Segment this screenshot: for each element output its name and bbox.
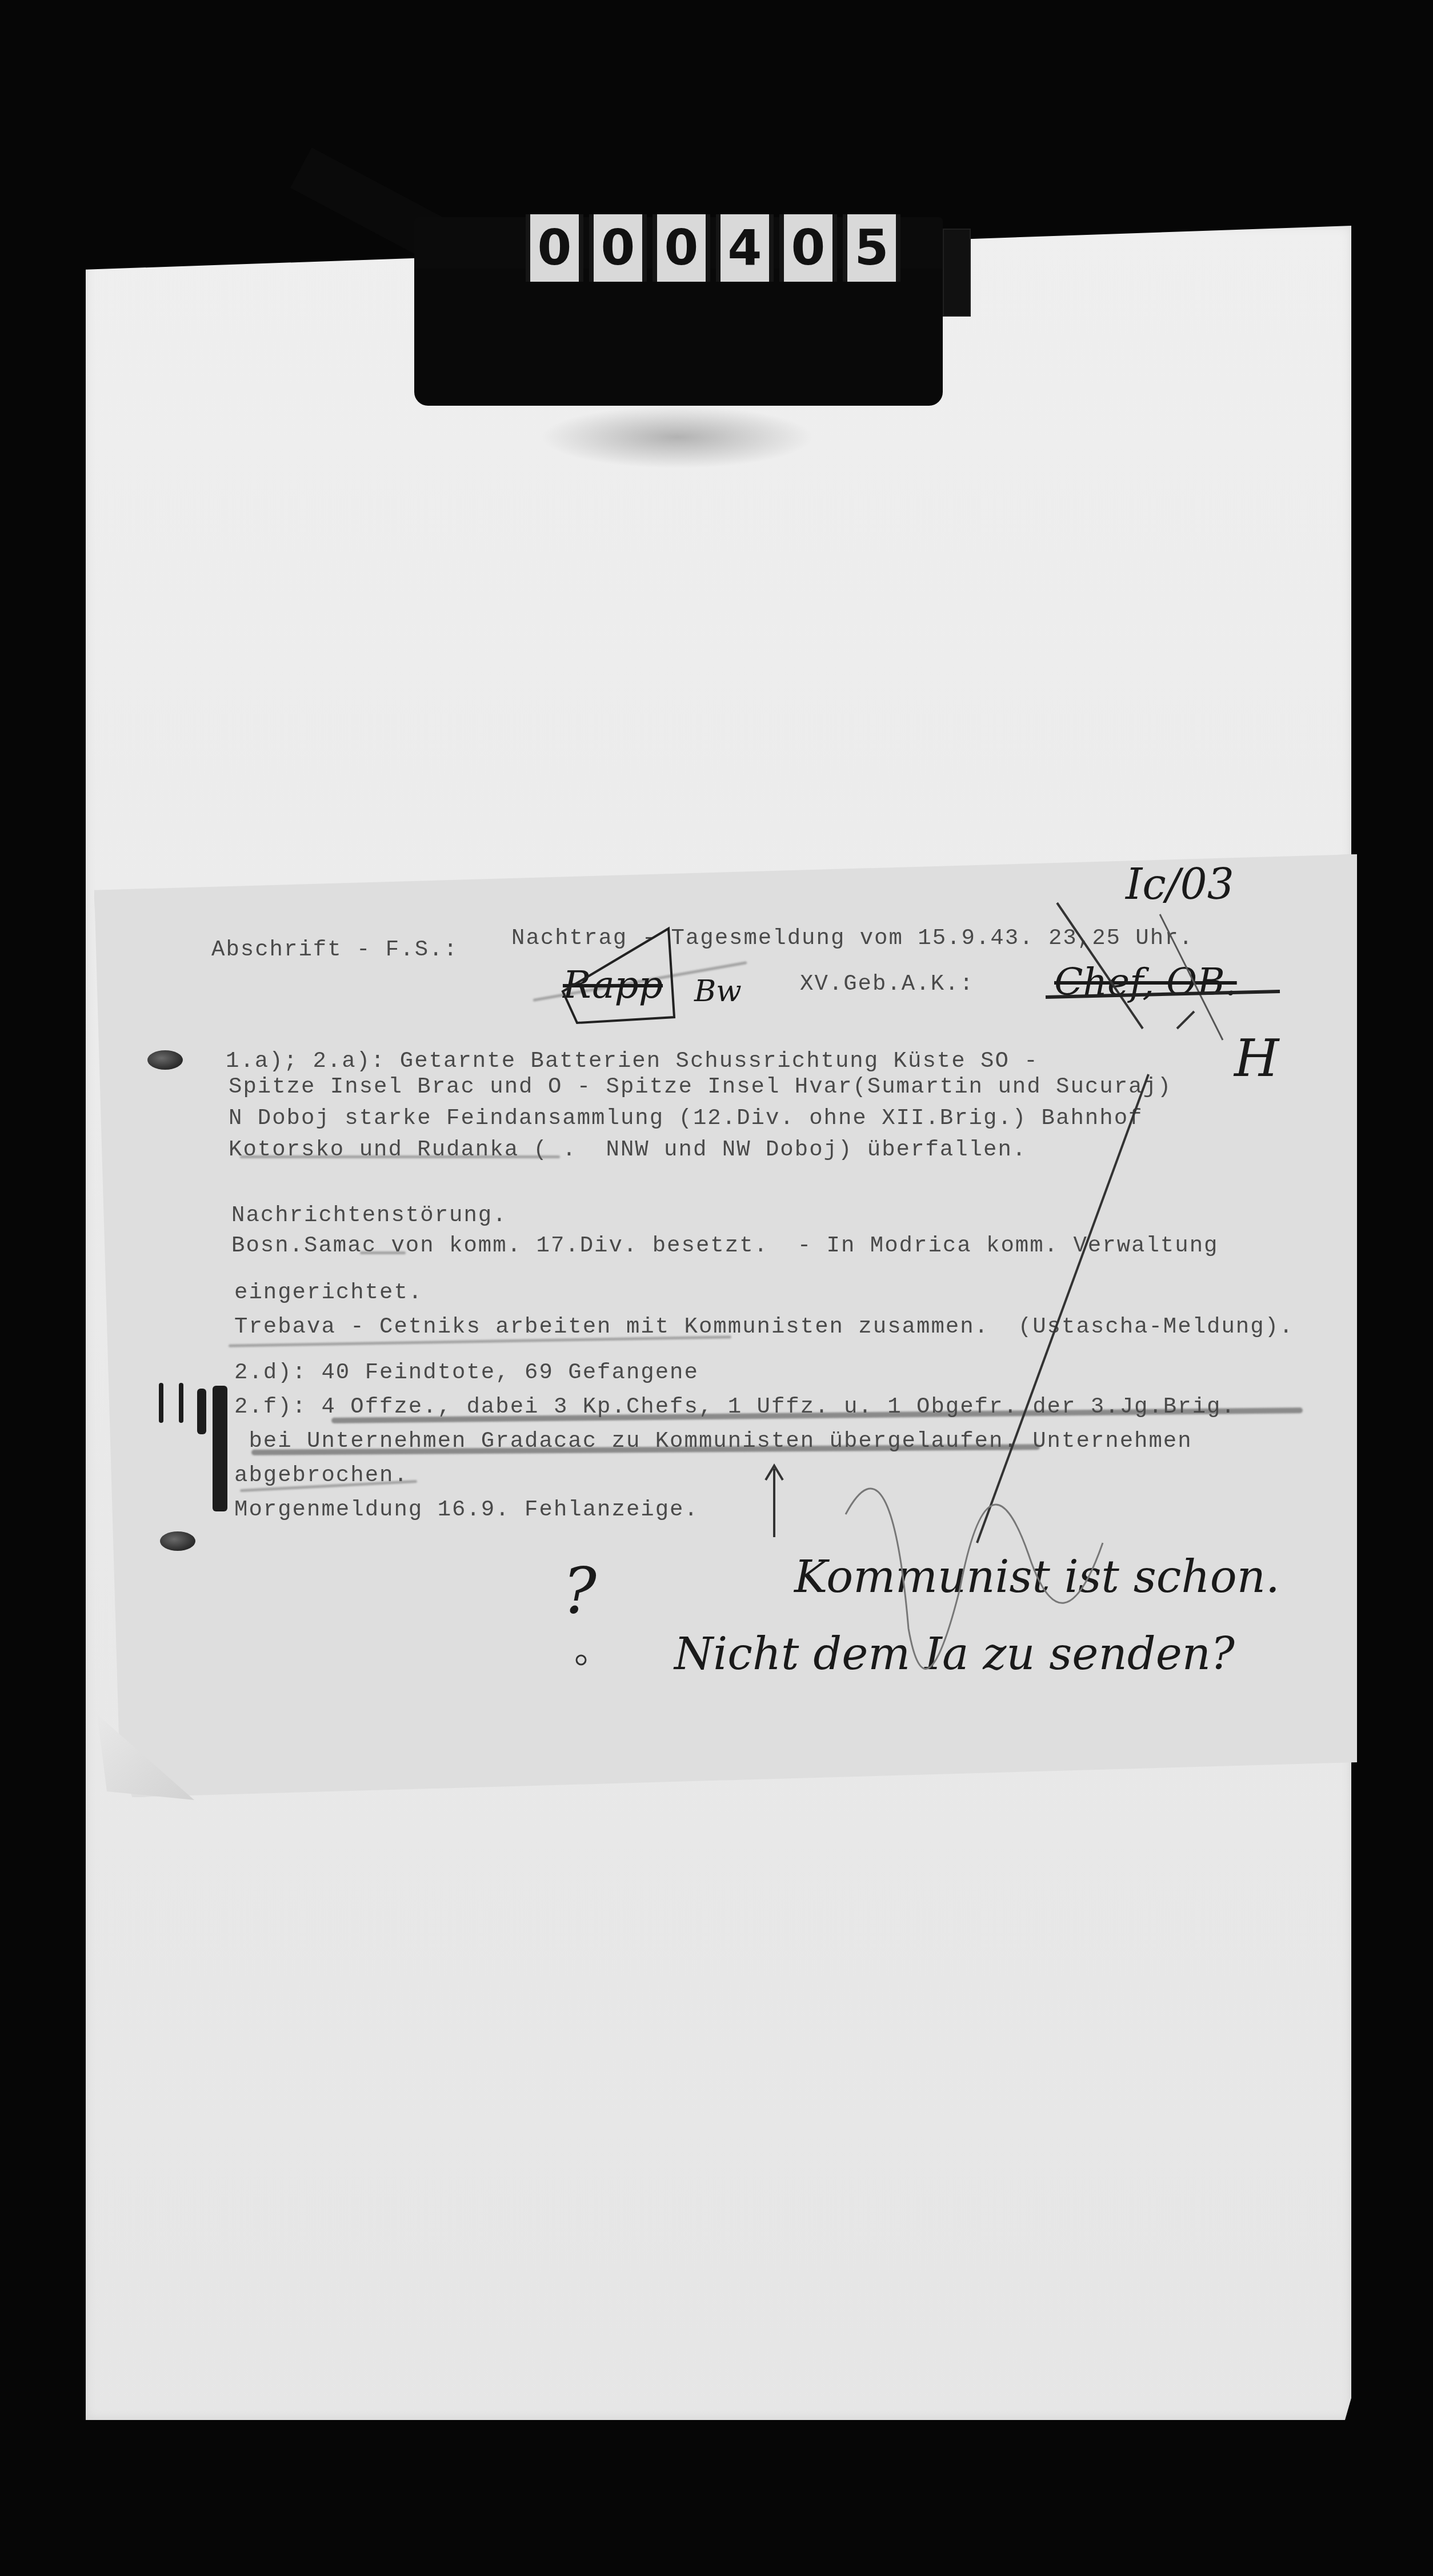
punch-hole: [160, 1531, 195, 1551]
counter-clip: [414, 269, 943, 406]
handwritten-note-line1: Kommunist ist schon.: [794, 1551, 1280, 1603]
counter-digit: 4: [716, 214, 774, 282]
handwritten-file-ref: Ic/03: [1126, 860, 1234, 909]
counter-shadow: [540, 406, 814, 469]
counter-digits: 0 0 0 4 0 5: [526, 214, 900, 282]
margin-bar-emphasis: [213, 1386, 227, 1511]
margin-exclamation: [159, 1383, 163, 1423]
counter-digit: 0: [526, 214, 583, 282]
body-line: Bosn.Samac von komm. 17.Div. besetzt. - …: [231, 1233, 1218, 1258]
body-line: N Doboj starke Feindansammlung (12.Div. …: [229, 1106, 1143, 1131]
header-recipient: XV.Geb.A.K.:: [800, 971, 974, 997]
handwritten-stamp-crossed: Rapp: [563, 963, 663, 1007]
body-line: eingerichtet.: [234, 1280, 423, 1305]
body-line: Morgenmeldung 16.9. Fehlanzeige.: [234, 1497, 699, 1522]
header-abschrift: Abschrift - F.S.:: [211, 937, 458, 962]
margin-exclamation: [197, 1389, 206, 1434]
body-line: 2.d): 40 Feindtote, 69 Gefangene: [234, 1360, 699, 1385]
handwritten-initials: Bw: [694, 974, 742, 1009]
body-line: Trebava - Cetniks arbeiten mit Kommunist…: [234, 1314, 1294, 1339]
header-title: Nachtrag - Tagesmeldung vom 15.9.43. 23,…: [511, 926, 1194, 951]
counter-digit: 0: [653, 214, 710, 282]
handwritten-initials-right: H: [1234, 1029, 1279, 1089]
body-line: 1.a); 2.a): Getarnte Batterien Schussric…: [226, 1049, 1039, 1074]
handwritten-routing: Chef, OB.: [1054, 960, 1237, 1004]
body-line: Spitze Insel Brac und O - Spitze Insel H…: [229, 1074, 1172, 1099]
margin-exclamation: [179, 1383, 183, 1423]
pencil-underline: [360, 1251, 406, 1254]
body-line: Nachrichtenstörung.: [231, 1203, 507, 1228]
pencil-underline: [240, 1155, 560, 1158]
counter-digit: 0: [779, 214, 837, 282]
handwritten-question-mark: ?: [563, 1554, 597, 1627]
counter-digit: 5: [843, 214, 900, 282]
frame-counter-device: 0 0 0 4 0 5: [414, 183, 943, 451]
handwritten-note-line2: Nicht dem Ia zu senden?: [674, 1629, 1235, 1680]
counter-digit: 0: [589, 214, 647, 282]
counter-knob: [943, 229, 971, 317]
punch-hole: [147, 1050, 183, 1070]
body-line: Kotorsko und Rudanka ( . NNW und NW Dobo…: [229, 1137, 1027, 1162]
